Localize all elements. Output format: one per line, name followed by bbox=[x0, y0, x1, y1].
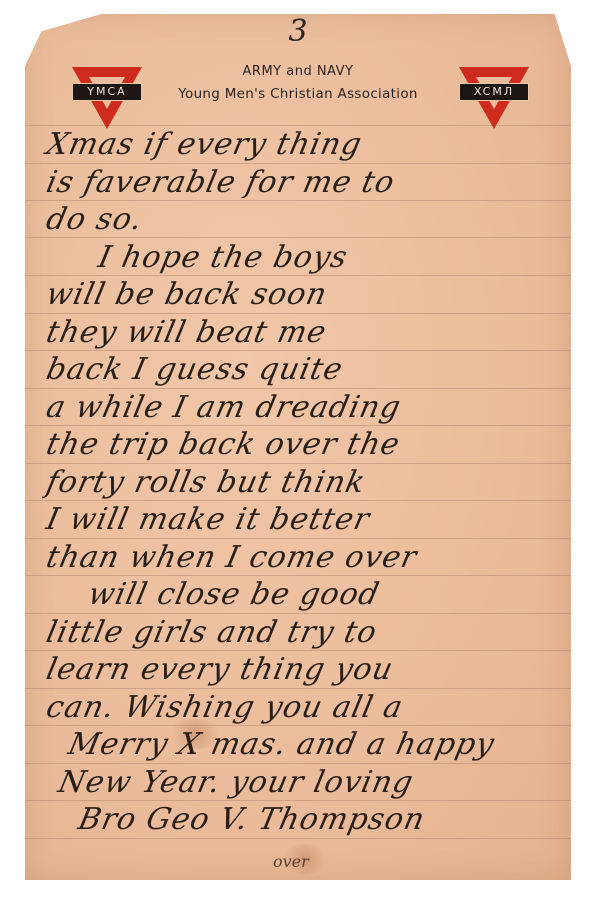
letter-page: 3 YMCA ARMY and NAVY Young Men's Christi… bbox=[25, 14, 571, 880]
handwritten-line: little girls and try to bbox=[43, 615, 567, 651]
handwritten-line: back I guess quite bbox=[43, 352, 567, 388]
handwritten-line: they will beat me bbox=[43, 315, 567, 351]
handwritten-line: is faverable for me to bbox=[43, 165, 567, 201]
handwritten-line: I will make it better bbox=[43, 502, 567, 538]
handwritten-signature: Bro Geo V. Thompson bbox=[75, 802, 567, 838]
handwritten-line: I hope the boys bbox=[95, 240, 567, 276]
handwritten-line: a while I am dreading bbox=[43, 390, 567, 426]
handwritten-line: Xmas if every thing bbox=[43, 127, 567, 163]
handwritten-line: do so. bbox=[43, 202, 567, 238]
letter-body: Xmas if every thing is faverable for me … bbox=[25, 14, 571, 880]
handwritten-line: the trip back over the bbox=[43, 427, 567, 463]
handwritten-line: New Year. your loving bbox=[55, 765, 567, 801]
handwritten-line: than when I come over bbox=[43, 540, 567, 576]
handwritten-line: will close be good bbox=[85, 577, 567, 613]
handwritten-line: forty rolls but think bbox=[43, 465, 567, 501]
handwritten-line: can. Wishing you all a bbox=[43, 690, 567, 726]
handwritten-line: learn every thing you bbox=[43, 652, 567, 688]
over-note: over bbox=[273, 852, 309, 871]
handwritten-line: Merry X mas. and a happy bbox=[65, 727, 567, 763]
handwritten-line: will be back soon bbox=[43, 277, 567, 313]
